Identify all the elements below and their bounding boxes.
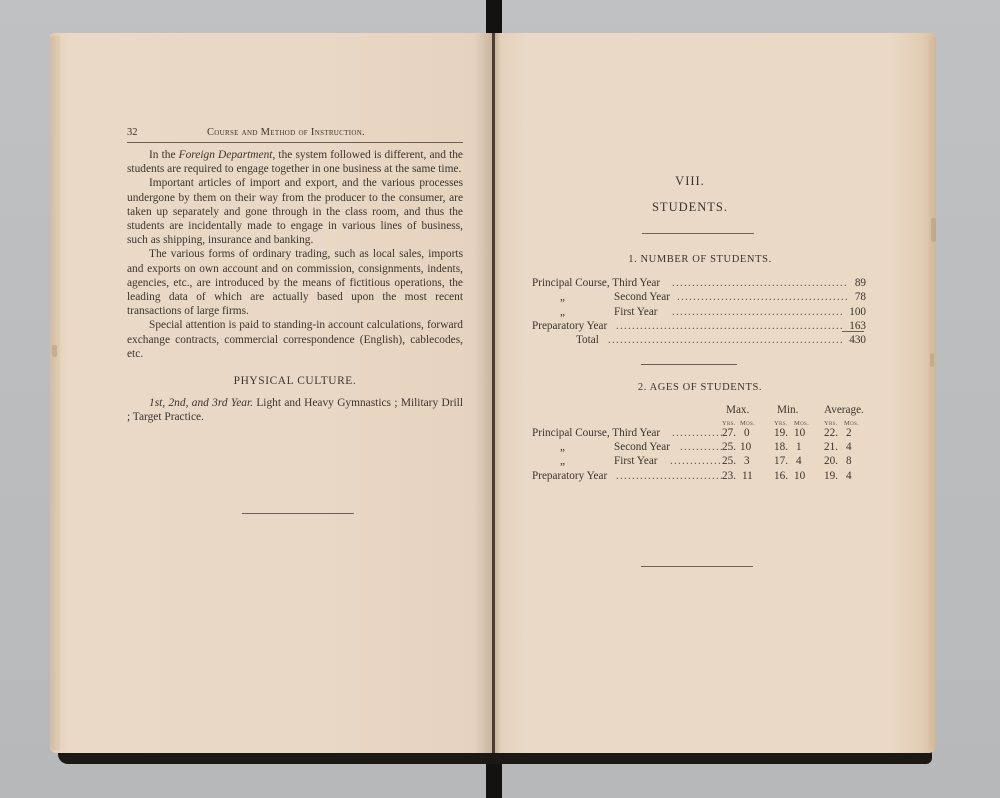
paragraph: The various forms of ordinary trading, s… [127,247,463,318]
ages-of-students-table: Max. Min. Average. Yrs. Mos. Yrs. Mos. Y… [532,403,868,483]
chapter-title: STUDENTS. [620,200,760,214]
ages-section-heading: 2. AGES OF STUDENTS. [590,381,810,395]
table-row: Principal Course, Third Year ...........… [532,426,868,440]
number-section-heading: 1. NUMBER OF STUDENTS. [580,253,820,267]
chapter-number: VIII. [640,174,740,188]
end-rule [641,566,753,567]
section-rule [641,364,737,365]
foxing-stain [52,345,57,357]
section-heading: PHYSICAL CULTURE. [127,374,463,388]
page-number: 32 [127,127,138,138]
book-gutter [492,33,495,753]
running-head: 32 Course and Method of Instruction. [127,127,462,141]
table-row: Preparatory Year .......................… [532,469,868,483]
bookmark-ribbon-top [486,0,502,36]
running-head-title: Course and Method of Instruction. [207,127,365,138]
left-page-edge [50,36,60,750]
body-text: In the Foreign Department, the system fo… [127,148,463,425]
paragraph: In the Foreign Department, the system fo… [127,148,463,176]
column-headers: Max. Min. Average. [532,403,868,416]
subcolumn-headers: Yrs. Mos. Yrs. Mos. Yrs. Mos. [532,416,868,426]
total-rule [842,331,864,332]
number-of-students-table: Principal Course, Third Year ...........… [532,276,866,347]
paragraph: Important articles of import and export,… [127,176,463,247]
table-row: Preparatory Year .......................… [532,319,866,333]
italic-years: 1st, 2nd, and 3rd Year. [149,397,253,409]
paragraph: Special attention is paid to standing-in… [127,318,463,361]
chapter-rule [642,233,754,234]
table-row: Principal Course, Third Year ...........… [532,276,866,290]
italic-term: Foreign Department [179,149,273,161]
table-row-total: Total ..................................… [532,333,866,347]
foxing-stain [930,353,934,367]
end-rule [242,513,354,514]
table-row: „ First Year ...........................… [532,305,866,319]
header-rule [127,142,463,143]
right-page-edge [928,36,936,750]
foxing-stain [931,218,936,242]
table-row: „ Second Year ..........................… [532,290,866,304]
table-row: „ First Year ................. 25. 3 17.… [532,454,868,468]
table-row: „ Second Year .............. 25. 10 18. … [532,440,868,454]
paragraph: 1st, 2nd, and 3rd Year. Light and Heavy … [127,396,463,424]
